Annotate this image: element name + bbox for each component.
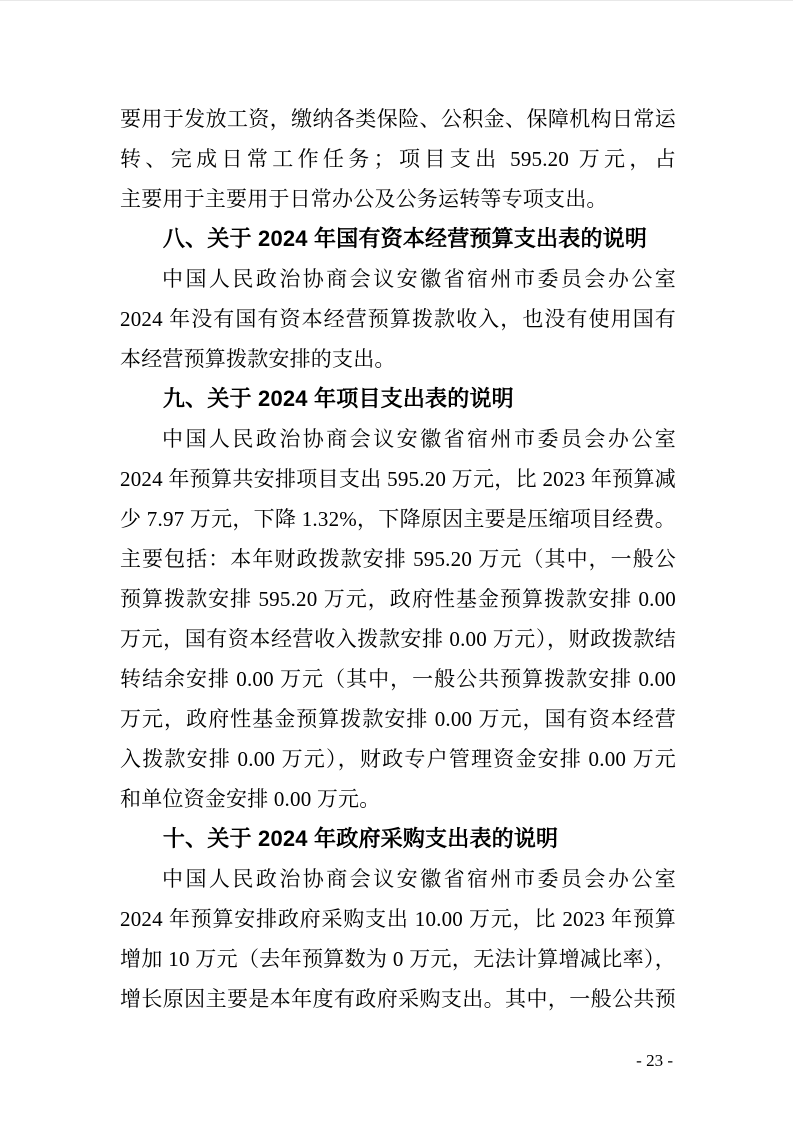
section-heading: 九、关于 2024 年项目支出表的说明: [120, 379, 676, 419]
text-line: 万元，国有资本经营收入拨款安排 0.00 万元），财政拨款结: [120, 619, 676, 659]
text-line: 预算拨款安排 595.20 万元，政府性基金预算拨款安排 0.00: [120, 579, 676, 619]
text-line: 增加 10 万元（去年预算数为 0 万元，无法计算增减比率），: [120, 939, 676, 979]
text-line: 入拨款安排 0.00 万元），财政专户管理资金安排 0.00 万元: [120, 739, 676, 779]
text-line: 2024 年预算共安排项目支出 595.20 万元，比 2023 年预算减: [120, 459, 676, 499]
text-line: 主要包括：本年财政拨款安排 595.20 万元（其中，一般公共: [120, 539, 676, 579]
document-body: 要用于发放工资，缴纳各类保险、公积金、保障机构日常运转、完成日常工作任务；项目支…: [120, 99, 676, 1019]
page-footer: - 23 -: [636, 1049, 673, 1073]
text-line: 和单位资金安排 0.00 万元。: [120, 779, 676, 819]
text-line: 本经营预算拨款安排的支出。: [120, 339, 676, 379]
text-line: 2024 年没有国有资本经营预算拨款收入，也没有使用国有资: [120, 299, 676, 339]
text-line: 中国人民政治协商会议安徽省宿州市委员会办公室: [120, 419, 676, 459]
text-line: 要用于发放工资，缴纳各类保险、公积金、保障机构日常运: [120, 99, 676, 139]
section-heading: 八、关于 2024 年国有资本经营预算支出表的说明: [120, 219, 676, 259]
text-line: 万元，政府性基金预算拨款安排 0.00 万元，国有资本经营收: [120, 699, 676, 739]
text-line: 主要用于主要用于日常办公及公务运转等专项支出。: [120, 179, 676, 219]
text-line: 增长原因主要是本年度有政府采购支出。其中，一般公共预: [120, 979, 676, 1019]
section-heading: 十、关于 2024 年政府采购支出表的说明: [120, 819, 676, 859]
document-page: 要用于发放工资，缴纳各类保险、公积金、保障机构日常运转、完成日常工作任务；项目支…: [0, 0, 793, 1122]
text-line: 转、完成日常工作任务；项目支出 595.20 万元，占 35.08%，: [120, 139, 676, 179]
text-line: 中国人民政治协商会议安徽省宿州市委员会办公室: [120, 259, 676, 299]
text-line: 2024 年预算安排政府采购支出 10.00 万元，比 2023 年预算: [120, 899, 676, 939]
page-number: - 23 -: [636, 1051, 673, 1070]
text-line: 转结余安排 0.00 万元（其中，一般公共预算拨款安排 0.00: [120, 659, 676, 699]
text-line: 中国人民政治协商会议安徽省宿州市委员会办公室: [120, 859, 676, 899]
text-line: 少 7.97 万元，下降 1.32%，下降原因主要是压缩项目经费。: [120, 499, 676, 539]
